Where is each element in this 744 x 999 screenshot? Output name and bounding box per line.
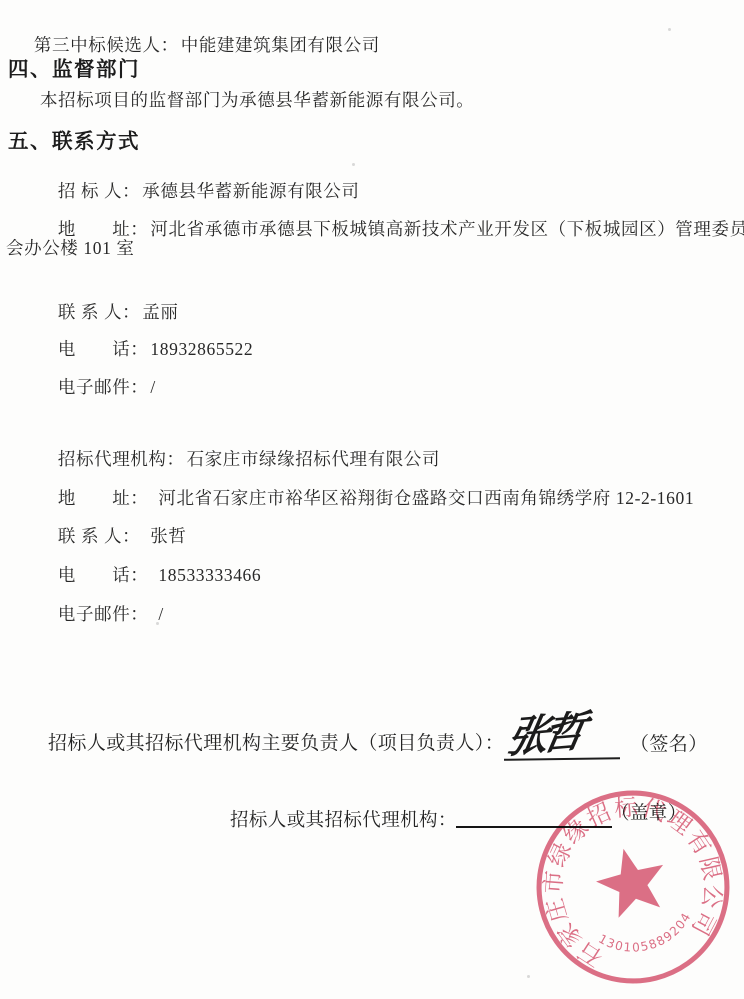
address-label: 地 址： [58,219,149,239]
signature-underline [504,757,620,761]
section4-heading: 四、监督部门 [8,52,140,82]
principal-label: 招标人或其招标代理机构主要负责人（项目负责人）： [48,728,504,755]
agency-name: 石家庄市绿缘招标代理有限公司 [187,449,440,469]
handwritten-signature: 张哲 [502,694,631,764]
agency-phone: 18533333466 [158,565,261,585]
tenderer-address-continuation: 会办公楼 101 室 [6,238,135,259]
agency-contact: 张哲 [150,526,186,546]
section4-body: 本招标项目的监督部门为承德县华蓄新能源有限公司。 [40,90,474,111]
section5-heading: 五、联系方式 [8,124,140,154]
phone-label: 电 话： [58,565,149,585]
third-candidate-value: 中能建建筑集团有限公司 [181,35,380,55]
tenderer-address: 河北省承德市承德县下板城镇高新技术产业开发区（下板城园区）管理委员 [150,219,744,239]
scan-speck [156,622,159,625]
star-icon [590,840,673,921]
agency-email: / [158,604,163,624]
agency-email-row: 电子邮件：/ [38,583,164,646]
scan-speck [352,163,355,166]
org-label: 招标人或其招标代理机构： [230,806,457,832]
company-seal-stamp: 石家庄市绿缘招标代理有限公司 1301058892048 [532,786,734,988]
tenderer-phone: 18932865522 [150,339,253,359]
document-page: 第三中标候选人：中能建建筑集团有限公司 四、监督部门 本招标项目的监督部门为承德… [0,0,744,999]
scan-speck [527,975,530,978]
contact-label: 联 系 人： [58,526,140,546]
tenderer-email-row: 电子邮件：/ [38,356,156,419]
email-label: 电子邮件： [58,604,149,624]
email-label: 电子邮件： [58,377,149,397]
scan-speck [668,28,671,31]
tenderer-email: / [150,377,155,397]
agency-address: 河北省石家庄市裕华区裕翔街仓盛路交口西南角锦绣学府 12-2-1601 [158,488,694,508]
agency-label: 招标代理机构： [58,449,185,469]
tenderer-address-row: 地 址：河北省承德市承德县下板城镇高新技术产业开发区（下板城园区）管理委员 [38,198,744,261]
sign-suffix: （签名） [630,729,708,756]
